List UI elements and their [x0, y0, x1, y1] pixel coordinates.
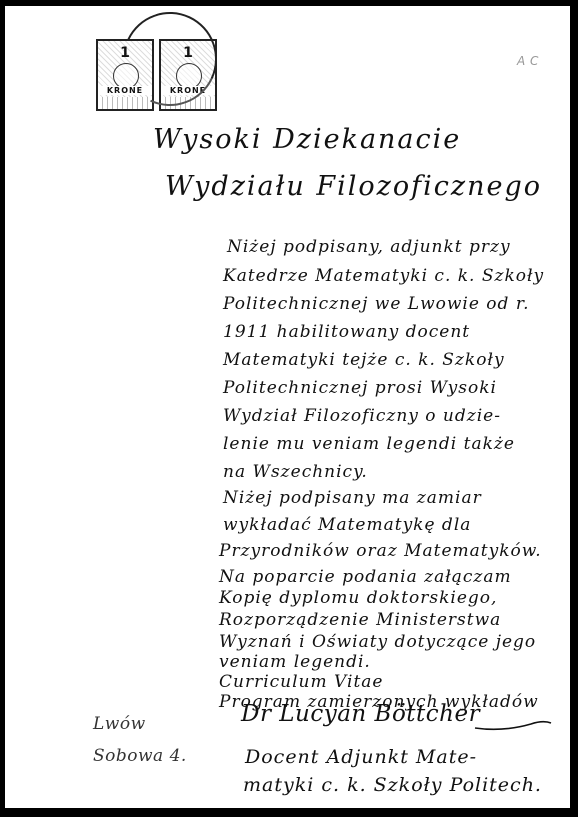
body-line: Katedrze Matematyki c. k. Szkoły	[223, 266, 544, 286]
body-line: Przyrodników oraz Matematyków.	[219, 541, 542, 561]
address-note: Sobowa 4.	[93, 746, 187, 766]
signature-flourish-icon	[473, 714, 553, 734]
body-line: veniam legendi.	[219, 652, 371, 672]
body-line: Na poparcie podania załączam	[219, 567, 512, 587]
body-line: Matematyki tejże c. k. Szkoły	[223, 350, 505, 370]
body-line: Wydział Filozoficzny o udzie-	[223, 406, 501, 426]
body-line: na Wszechnicy.	[223, 462, 368, 482]
body-line: lenie mu veniam legendi także	[223, 434, 515, 454]
signature-title-line-1: Docent Adjunkt Mate-	[245, 746, 477, 768]
signature-title-line-2: matyki c. k. Szkoły Politech.	[243, 774, 542, 796]
body-line: Kopię dyplomu doktorskiego,	[219, 588, 497, 608]
body-line: Niżej podpisany, adjunkt przy	[227, 237, 511, 257]
body-line: Rozporządzenie Ministerstwa	[219, 610, 501, 630]
body-line: 1911 habilitowany docent	[223, 322, 470, 342]
body-line: Curriculum Vitae	[219, 672, 383, 692]
body-line: Niżej podpisany ma zamiar	[223, 488, 482, 508]
body-line: Politechnicznej we Lwowie od r.	[223, 294, 530, 314]
body-line: wykładać Matematykę dla	[223, 515, 471, 535]
place-note: Lwów	[93, 714, 146, 734]
document-page: 1 KRONE 1 KRONE A C Wysoki Dziekanacie W…	[5, 6, 570, 808]
address-line-2: Wydziału Filozoficznego	[165, 171, 542, 202]
signature: Dr Lucyan Böttcher	[241, 701, 480, 727]
corner-mark: A C	[517, 54, 539, 68]
body-line: Wyznań i Oświaty dotyczące jego	[219, 632, 536, 652]
body-line: Politechnicznej prosi Wysoki	[223, 378, 497, 398]
address-line-1: Wysoki Dziekanacie	[153, 124, 461, 155]
